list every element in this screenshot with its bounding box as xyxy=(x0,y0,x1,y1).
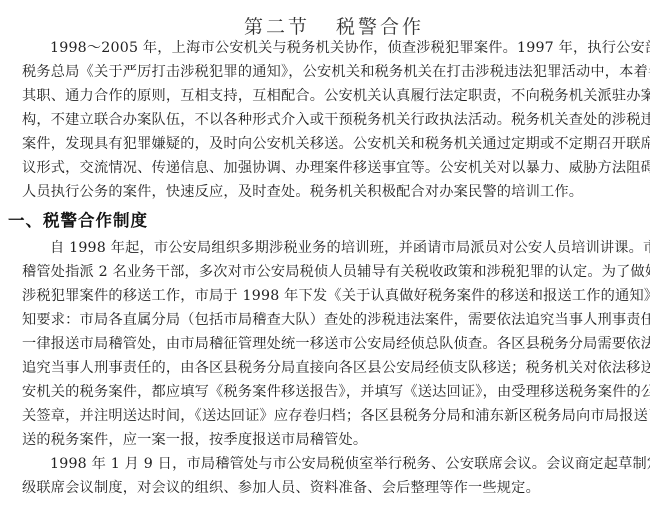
text-line: 人员执行公务的案件，快速反应，及时查处。税务机关积极配合对办案民警的培训工作。 xyxy=(22,180,650,204)
text-line: 议形式，交流情况、传递信息、加强协调、办理案件移送事宜等。公安机关对以暴力、威胁… xyxy=(22,156,650,180)
section-paragraph-training: 自 1998 年起，市公安局组织多期涉税业务的培训班，并函请市局派员对公安人员培… xyxy=(22,236,650,452)
text-line: 一律报送市局稽管处，由市局稽征管理处统一移送市公安局经侦总队侦查。各区县税务分局… xyxy=(22,332,650,356)
intro-paragraph: 1998～2005 年，上海市公安机关与税务机关协作，侦查涉税犯罪案件。1997… xyxy=(22,36,650,204)
section-title: 第二节税警合作 xyxy=(0,12,668,39)
text-line: 其职、通力合作的原则，互相支持，互相配合。公安机关认真履行法定职责，不向税务机关… xyxy=(22,84,650,108)
text-line: 涉税犯罪案件的移送工作，市局于 1998 年下发《关于认真做好税务案件的移送和报… xyxy=(22,284,650,308)
text-line: 1998～2005 年，上海市公安机关与税务机关协作，侦查涉税犯罪案件。1997… xyxy=(22,36,650,60)
text-line: 级联席会议制度，对会议的组织、参加人员、资料准备、会后整理等作一些规定。 xyxy=(22,476,650,500)
text-line: 知要求：市局各直属分局（包括市局稽查大队）查处的涉税违法案件，需要依法追究当事人… xyxy=(22,308,650,332)
text-line: 送的税务案件，应一案一报，按季度报送市局稽管处。 xyxy=(22,428,650,452)
section-heading: 一、税警合作制度 xyxy=(8,204,650,236)
text-line: 追究当事人刑事责任的，由各区县税务分局直接向各区县公安局经侦支队移送；税务机关对… xyxy=(22,356,650,380)
text-line: 稽管处指派 2 名业务干部，多次对市公安局税侦人员辅导有关税收政策和涉税犯罪的认… xyxy=(22,260,650,284)
text-line: 构，不建立联合办案队伍，不以各种形式介入或干预税务机关行政执法活动。税务机关查处… xyxy=(22,108,650,132)
text-line: 自 1998 年起，市公安局组织多期涉税业务的培训班，并函请市局派员对公安人员培… xyxy=(22,236,650,260)
text-line: 1998 年 1 月 9 日，市局稽管处与市公安局税侦室举行税务、公安联席会议。… xyxy=(22,452,650,476)
text-line: 案件，发现具有犯罪嫌疑的，及时向公安机关移送。公安机关和税务机关通过定期或不定期… xyxy=(22,132,650,156)
section-number: 第二节 xyxy=(244,16,310,38)
document-body: 1998～2005 年，上海市公安机关与税务机关协作，侦查涉税犯罪案件。1997… xyxy=(22,36,650,500)
section-paragraph-meeting: 1998 年 1 月 9 日，市局稽管处与市公安局税侦室举行税务、公安联席会议。… xyxy=(22,452,650,500)
text-line: 关签章，并注明送达时间，《送达回证》应存卷归档；各区县税务分局和浦东新区税务局向… xyxy=(22,404,650,428)
text-line: 安机关的税务案件，都应填写《税务案件移送报告》，并填写《送达回证》，由受理移送税… xyxy=(22,380,650,404)
section-name: 税警合作 xyxy=(336,16,424,38)
text-line: 税务总局《关于严厉打击涉税犯罪的通知》，公安机关和税务机关在打击涉税违法犯罪活动… xyxy=(22,60,650,84)
